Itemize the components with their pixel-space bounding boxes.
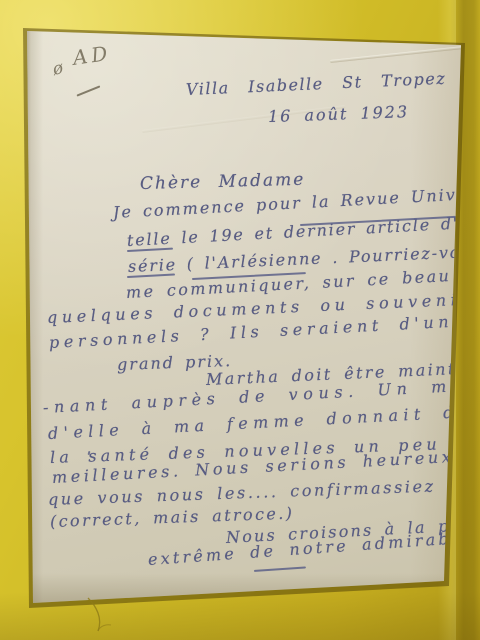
letter-sheet: ø AD Villa Isabelle St Tropez Var 16 aoû… <box>0 0 480 640</box>
letter-photograph: ø AD Villa Isabelle St Tropez Var 16 aoû… <box>0 0 480 640</box>
pencil-slash-stroke <box>76 85 100 97</box>
letter-salutation: Chère Madame <box>140 170 306 194</box>
letter-date-line: 16 août 1923 <box>268 102 410 126</box>
pencil-initials: AD <box>71 41 112 70</box>
stray-fiber <box>80 596 122 634</box>
pencil-mark: ø <box>51 58 65 80</box>
